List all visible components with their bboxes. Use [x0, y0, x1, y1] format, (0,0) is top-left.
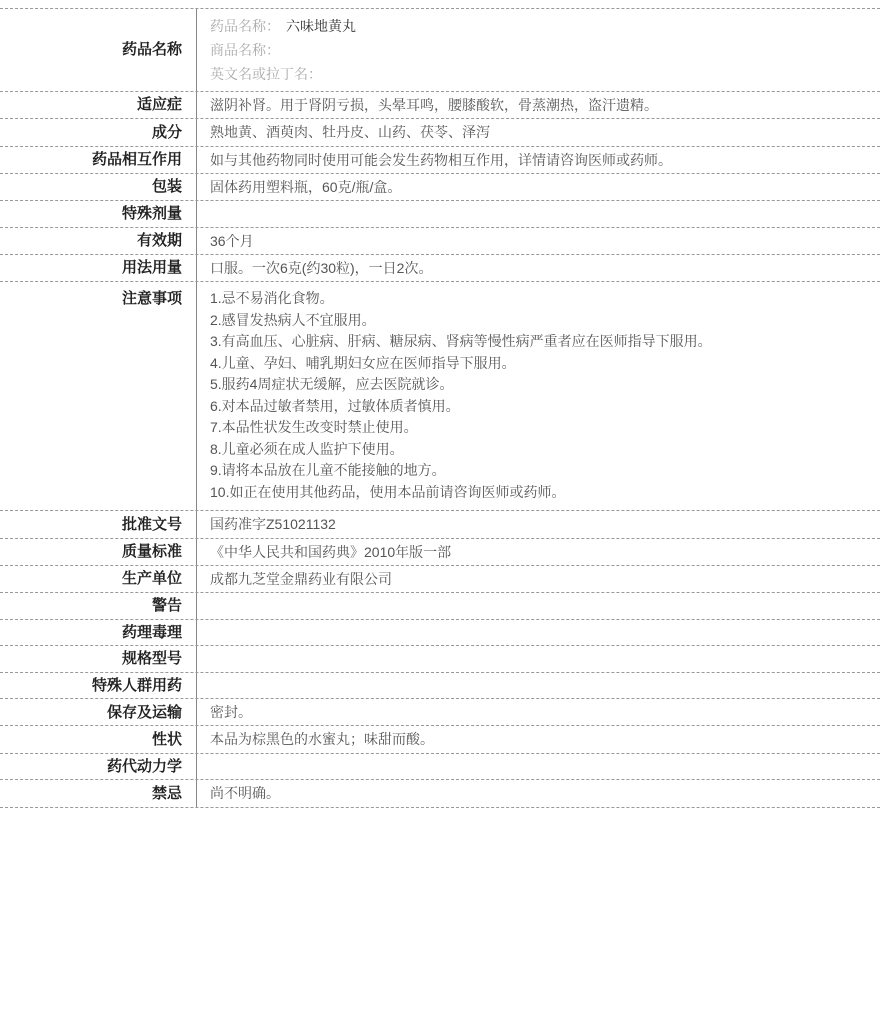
row-label: 药品名称	[0, 9, 197, 91]
field-value: 六味地黄丸	[280, 18, 356, 34]
row-contraindications: 禁忌 尚不明确。	[0, 780, 880, 807]
english-name-field: 英文名或拉丁名：	[210, 62, 868, 86]
row-special-populations: 特殊人群用药	[0, 673, 880, 700]
precaution-item: 3.有高血压、心脏病、肝病、糖尿病、肾病等慢性病严重者应在医师指导下服用。	[210, 331, 868, 353]
row-label: 禁忌	[0, 780, 197, 806]
row-value: 固体药用塑料瓶，60克/瓶/盒。	[197, 174, 880, 200]
row-packaging: 包装 固体药用塑料瓶，60克/瓶/盒。	[0, 174, 880, 201]
row-value: 国药准字Z51021132	[197, 511, 880, 537]
row-label: 药理毒理	[0, 620, 197, 646]
row-pharmacokinetics: 药代动力学	[0, 754, 880, 781]
row-warning: 警告	[0, 593, 880, 620]
row-value: 1.忌不易消化食物。 2.感冒发热病人不宜服用。 3.有高血压、心脏病、肝病、糖…	[197, 282, 880, 510]
row-shelf-life: 有效期 36个月	[0, 228, 880, 255]
row-label: 药品相互作用	[0, 147, 197, 173]
row-specification-model: 规格型号	[0, 646, 880, 673]
row-value	[197, 201, 880, 227]
field-key: 药品名称：	[210, 18, 280, 34]
row-label: 成分	[0, 119, 197, 145]
row-value: 口服。一次6克(约30粒)，一日2次。	[197, 255, 880, 281]
row-value: 《中华人民共和国药典》2010年版一部	[197, 539, 880, 565]
row-manufacturer: 生产单位 成都九芝堂金鼎药业有限公司	[0, 566, 880, 593]
row-value	[197, 620, 880, 646]
row-label: 注意事项	[0, 282, 197, 510]
row-pharmacology-toxicology: 药理毒理	[0, 620, 880, 647]
row-label: 批准文号	[0, 511, 197, 537]
row-label: 保存及运输	[0, 699, 197, 725]
trade-name-field: 商品名称：	[210, 38, 868, 62]
row-indications: 适应症 滋阴补肾。用于肾阴亏损，头晕耳鸣，腰膝酸软，骨蒸潮热，盗汗遗精。	[0, 92, 880, 119]
row-label: 特殊剂量	[0, 201, 197, 227]
row-value	[197, 593, 880, 619]
row-drug-name: 药品名称 药品名称：六味地黄丸 商品名称： 英文名或拉丁名：	[0, 9, 880, 92]
row-value: 成都九芝堂金鼎药业有限公司	[197, 566, 880, 592]
row-value: 熟地黄、酒萸肉、牡丹皮、山药、茯苓、泽泻	[197, 119, 880, 145]
row-label: 有效期	[0, 228, 197, 254]
row-value	[197, 673, 880, 699]
row-storage-transport: 保存及运输 密封。	[0, 699, 880, 726]
row-label: 药代动力学	[0, 754, 197, 780]
precaution-item: 1.忌不易消化食物。	[210, 288, 868, 310]
row-approval-number: 批准文号 国药准字Z51021132	[0, 511, 880, 538]
precaution-item: 9.请将本品放在儿童不能接触的地方。	[210, 460, 868, 482]
row-value: 滋阴补肾。用于肾阴亏损，头晕耳鸣，腰膝酸软，骨蒸潮热，盗汗遗精。	[197, 92, 880, 118]
row-value	[197, 754, 880, 780]
row-precautions: 注意事项 1.忌不易消化食物。 2.感冒发热病人不宜服用。 3.有高血压、心脏病…	[0, 282, 880, 511]
row-value: 如与其他药物同时使用可能会发生药物相互作用，详情请咨询医师或药师。	[197, 147, 880, 173]
row-description: 性状 本品为棕黑色的水蜜丸；味甜而酸。	[0, 726, 880, 753]
row-label: 包装	[0, 174, 197, 200]
field-value	[280, 42, 286, 58]
row-value	[197, 646, 880, 672]
row-value: 药品名称：六味地黄丸 商品名称： 英文名或拉丁名：	[197, 9, 880, 91]
row-dosage-usage: 用法用量 口服。一次6克(约30粒)，一日2次。	[0, 255, 880, 282]
row-label: 生产单位	[0, 566, 197, 592]
drug-info-table: 药品名称 药品名称：六味地黄丸 商品名称： 英文名或拉丁名： 适应症 滋阴补肾。…	[0, 8, 880, 808]
row-quality-standard: 质量标准 《中华人民共和国药典》2010年版一部	[0, 539, 880, 566]
drug-name-field: 药品名称：六味地黄丸	[210, 14, 868, 38]
precaution-item: 4.儿童、孕妇、哺乳期妇女应在医师指导下服用。	[210, 353, 868, 375]
row-label: 用法用量	[0, 255, 197, 281]
field-key: 英文名或拉丁名：	[210, 66, 322, 82]
precaution-item: 7.本品性状发生改变时禁止使用。	[210, 417, 868, 439]
row-label: 质量标准	[0, 539, 197, 565]
precaution-item: 10.如正在使用其他药品，使用本品前请咨询医师或药师。	[210, 482, 868, 504]
field-key: 商品名称：	[210, 42, 280, 58]
field-value	[322, 66, 328, 82]
precaution-item: 6.对本品过敏者禁用，过敏体质者慎用。	[210, 396, 868, 418]
row-value: 本品为棕黑色的水蜜丸；味甜而酸。	[197, 726, 880, 752]
row-label: 警告	[0, 593, 197, 619]
row-special-dosage: 特殊剂量	[0, 201, 880, 228]
row-label: 规格型号	[0, 646, 197, 672]
row-value: 36个月	[197, 228, 880, 254]
row-value: 密封。	[197, 699, 880, 725]
row-ingredients: 成分 熟地黄、酒萸肉、牡丹皮、山药、茯苓、泽泻	[0, 119, 880, 146]
row-label: 特殊人群用药	[0, 673, 197, 699]
row-drug-interactions: 药品相互作用 如与其他药物同时使用可能会发生药物相互作用，详情请咨询医师或药师。	[0, 147, 880, 174]
row-label: 性状	[0, 726, 197, 752]
row-value: 尚不明确。	[197, 780, 880, 806]
row-label: 适应症	[0, 92, 197, 118]
precaution-item: 2.感冒发热病人不宜服用。	[210, 310, 868, 332]
precaution-item: 8.儿童必须在成人监护下使用。	[210, 439, 868, 461]
precaution-item: 5.服药4周症状无缓解，应去医院就诊。	[210, 374, 868, 396]
